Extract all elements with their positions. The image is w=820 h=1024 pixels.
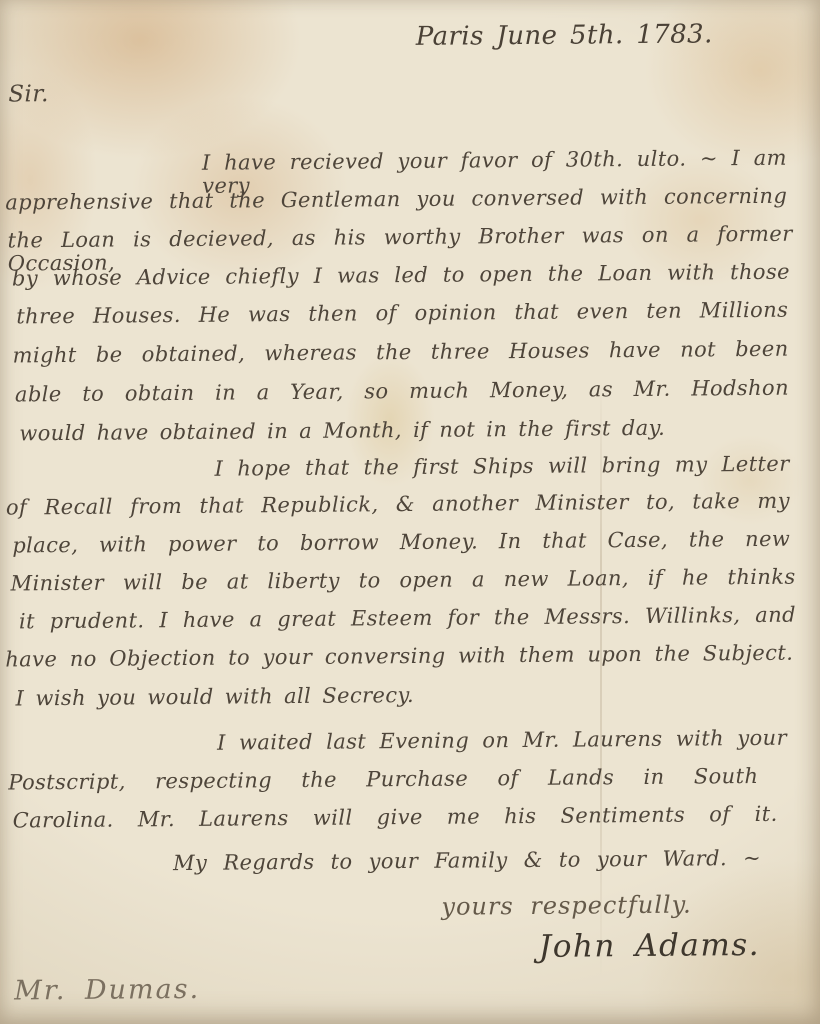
letter-line: Minister will be at liberty to open a ne… [11,566,796,596]
letter-line: My Regards to your Family & to your Ward… [173,847,761,875]
letter-line: place, with power to borrow Money. In th… [12,528,790,558]
letter-line: able to obtain in a Year, so much Money,… [15,377,789,407]
letter-line: it prudent. I have a great Esteem for th… [19,604,796,634]
letter-line: would have obtained in a Month, if not i… [19,417,665,446]
letter-line: I waited last Evening on Mr. Laurens wit… [217,727,787,755]
letter-line: I hope that the first Ships will bring m… [215,453,790,481]
addressee: Mr. Dumas. [14,974,200,1007]
letter-line: have no Objection to your conversing wit… [5,642,793,672]
letter-line: might be obtained, whereas the three Hou… [13,338,789,368]
letter-line: three Houses. He was then of opinion tha… [16,299,788,329]
closing: yours respectfully. [441,891,691,921]
dateline: Paris June 5th. 1783. [416,19,713,52]
letter-body: Paris June 5th. 1783. Sir. I have reciev… [0,0,820,1024]
letter-line: of Recall from that Republick, & another… [6,490,790,520]
letter-line: Postscript, respecting the Purchase of L… [8,765,758,795]
signature: John Adams. [539,927,761,965]
letter-line: Carolina. Mr. Laurens will give me his S… [13,803,778,833]
letter-line: apprehensive that the Gentleman you conv… [5,185,787,215]
letter-line: I wish you would with all Secrecy. [16,684,415,711]
letter-line: by whose Advice chiefly I was led to ope… [12,261,790,291]
salutation: Sir. [8,81,49,107]
letter-page: Paris June 5th. 1783. Sir. I have reciev… [0,0,820,1024]
